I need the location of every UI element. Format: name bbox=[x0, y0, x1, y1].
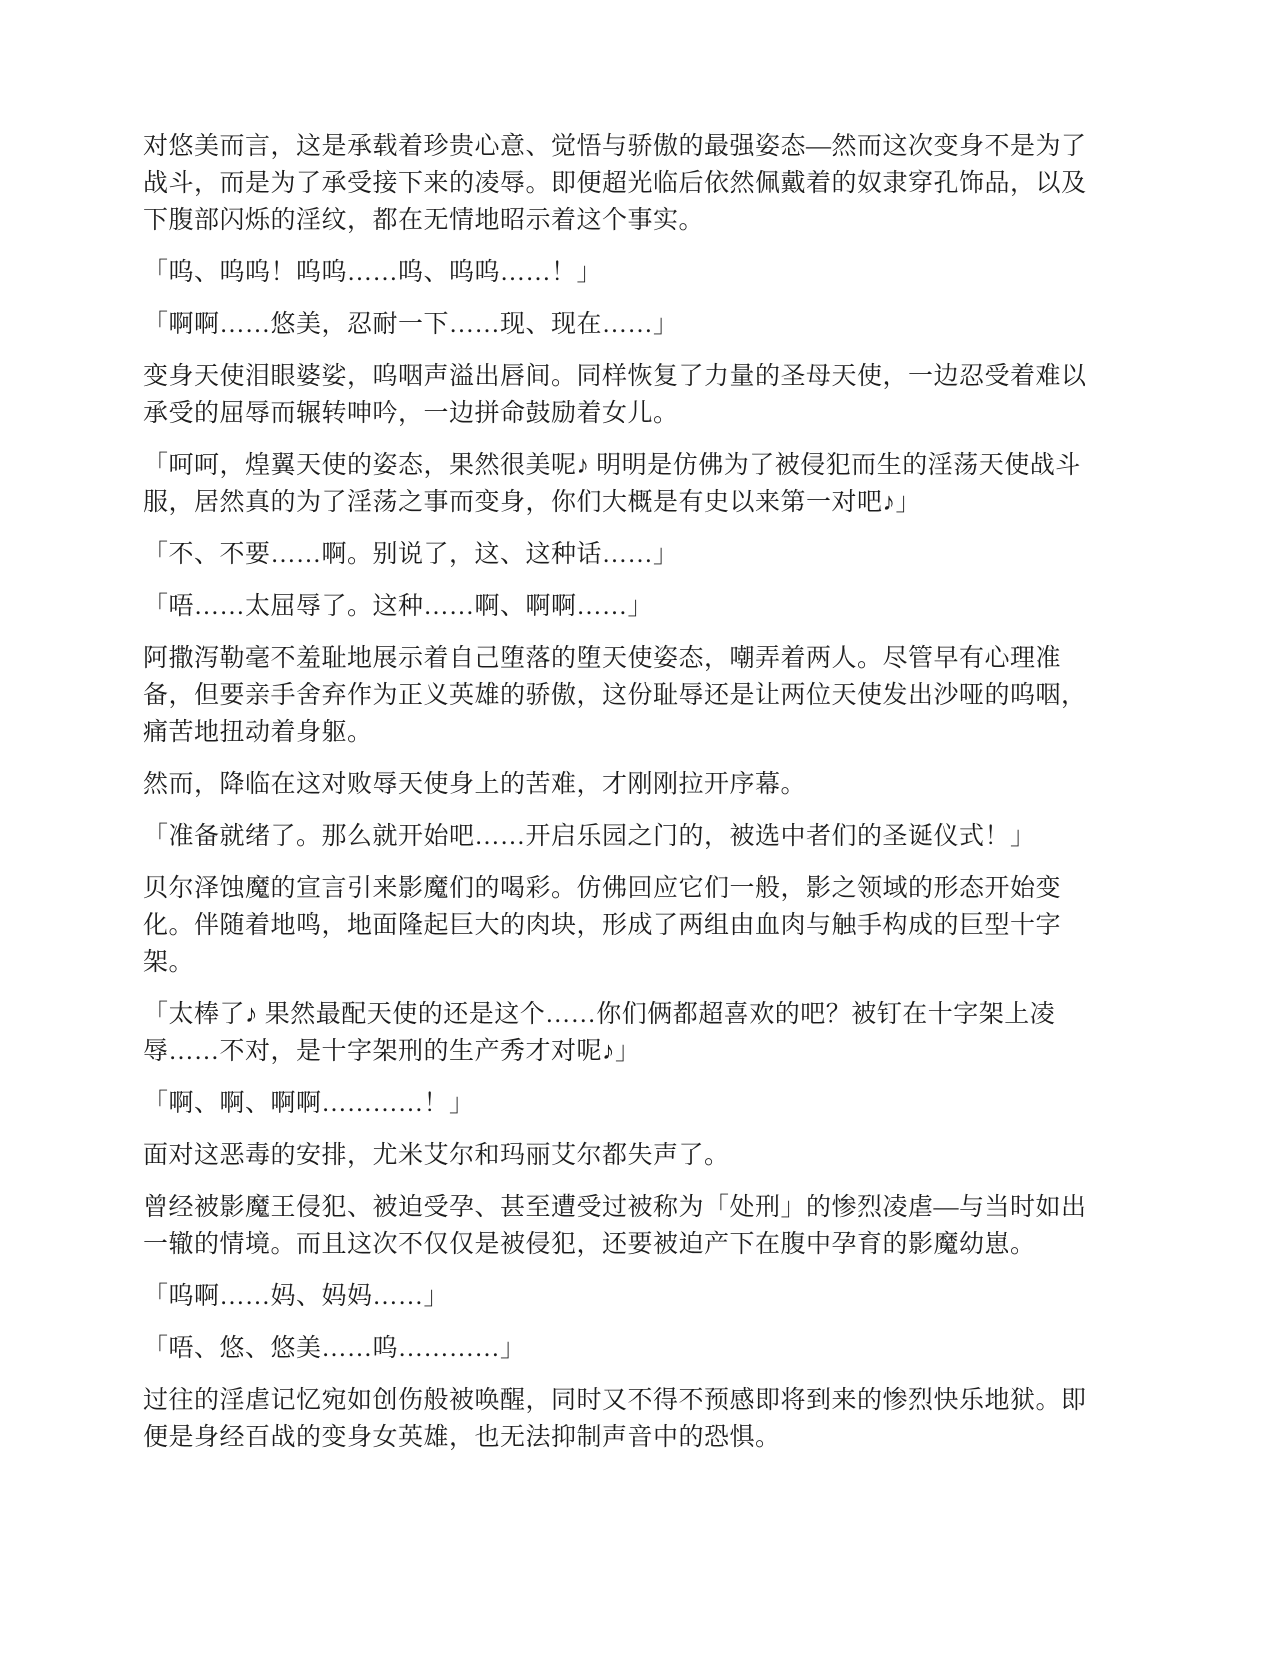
dialogue-line: 「准备就绪了。那么就开始吧……开启乐园之门的，被选中者们的圣诞仪式！」 bbox=[143, 818, 1094, 855]
narration-paragraph: 贝尔泽蚀魔的宣言引来影魔们的喝彩。仿佛回应它们一般，影之领域的形态开始变化。伴随… bbox=[143, 870, 1094, 981]
dialogue-line: 「太棒了♪ 果然最配天使的还是这个……你们俩都超喜欢的吧？被钉在十字架上凌 辱…… bbox=[143, 996, 1094, 1070]
document-page: 对悠美而言，这是承载着珍贵心意、觉悟与骄傲的最强姿态—然而这次变身不是为了战斗，… bbox=[0, 0, 1280, 1656]
dialogue-line: 「呜、呜呜！呜呜……呜、呜呜……！」 bbox=[143, 254, 1094, 291]
dialogue-line: 「啊啊……悠美，忍耐一下……现、现在……」 bbox=[143, 306, 1094, 343]
narration-paragraph: 变身天使泪眼婆娑，呜咽声溢出唇间。同样恢复了力量的圣母天使，一边忍受着难以承受的… bbox=[143, 358, 1094, 432]
narration-paragraph: 对悠美而言，这是承载着珍贵心意、觉悟与骄傲的最强姿态—然而这次变身不是为了战斗，… bbox=[143, 128, 1094, 239]
dialogue-line: 「唔……太屈辱了。这种……啊、啊啊……」 bbox=[143, 588, 1094, 625]
narration-paragraph: 曾经被影魔王侵犯、被迫受孕、甚至遭受过被称为「处刑」的惨烈凌虐—与当时如出一辙的… bbox=[143, 1189, 1094, 1263]
narration-paragraph: 面对这恶毒的安排，尤米艾尔和玛丽艾尔都失声了。 bbox=[143, 1137, 1094, 1174]
dialogue-line: 「呵呵，煌翼天使的姿态，果然很美呢♪ 明明是仿佛为了被侵犯而生的淫荡天使战斗服，… bbox=[143, 447, 1094, 521]
dialogue-line: 「唔、悠、悠美……呜…………」 bbox=[143, 1330, 1094, 1367]
dialogue-line: 「不、不要……啊。别说了，这、这种话……」 bbox=[143, 536, 1094, 573]
narration-paragraph: 阿撒泻勒毫不羞耻地展示着自己堕落的堕天使姿态，嘲弄着两人。尽管早有心理准备，但要… bbox=[143, 640, 1094, 751]
dialogue-line: 「啊、啊、啊啊…………！」 bbox=[143, 1085, 1094, 1122]
narration-paragraph: 过往的淫虐记忆宛如创伤般被唤醒，同时又不得不预感即将到来的惨烈快乐地狱。即便是身… bbox=[143, 1382, 1094, 1456]
dialogue-line: 「呜啊……妈、妈妈……」 bbox=[143, 1278, 1094, 1315]
narration-paragraph: 然而，降临在这对败辱天使身上的苦难，才刚刚拉开序幕。 bbox=[143, 766, 1094, 803]
